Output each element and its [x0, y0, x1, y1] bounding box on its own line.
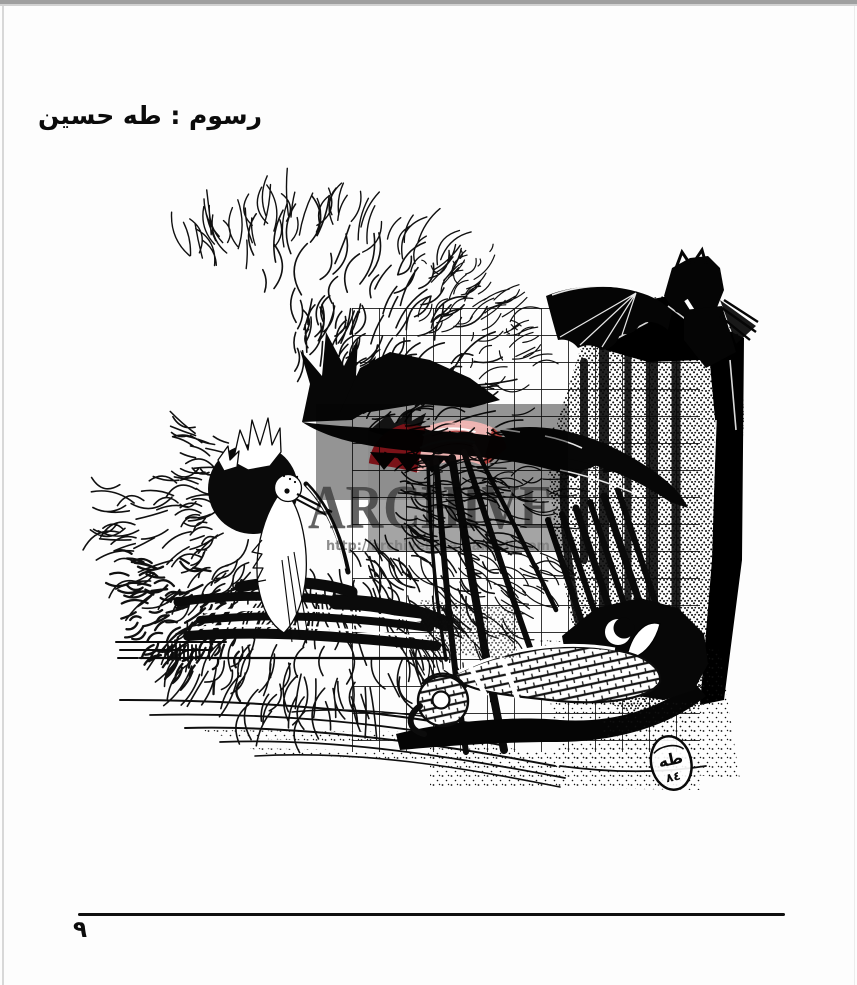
page-number: ٩ [73, 917, 87, 943]
seal-year: ٨٤ [665, 769, 682, 786]
illustration: طه ٨٤ ARCHIVE http://archivebeta.Sakhrit… [0, 0, 857, 985]
scanned-page: رسوم : طه حسين [0, 0, 857, 985]
watermark-url: http://archivebeta.Sakhrit.com [326, 539, 550, 554]
footer-rule [78, 913, 785, 916]
watermark-title: ARCHIVE [308, 474, 554, 542]
watermark: ARCHIVE http://archivebeta.Sakhrit.com [308, 396, 568, 554]
